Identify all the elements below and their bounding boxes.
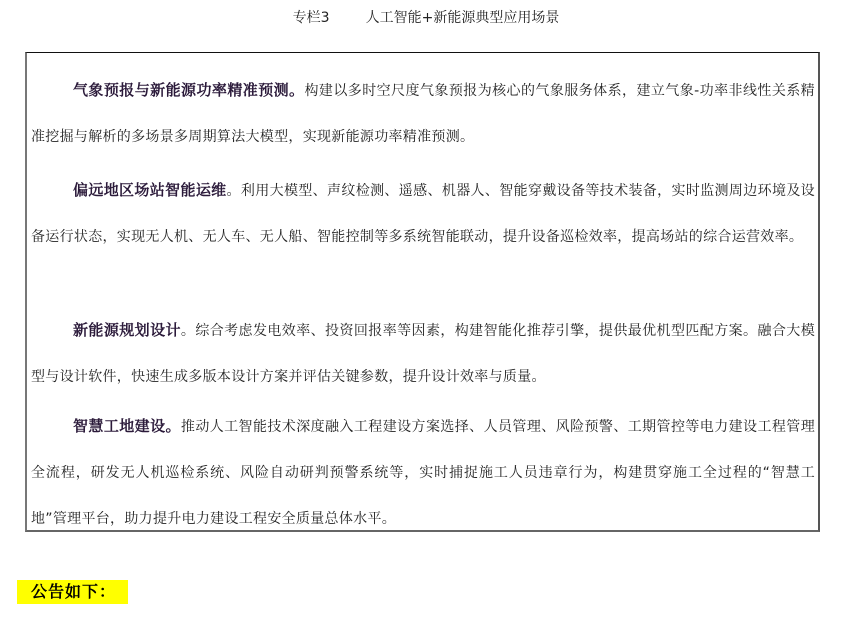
column-label: 专栏3 (293, 10, 330, 26)
column-box: 气象预报与新能源功率精准预测。构建以多时空尺度气象预报为核心的气象服务体系，建立… (25, 52, 820, 532)
section-heading: 智慧工地建设。 (73, 417, 181, 435)
section-planning-design: 新能源规划设计。综合考虑发电效率、投资回报率等因素，构建智能化推荐引擎，提供最优… (31, 307, 815, 400)
section-body: 推动人工智能技术深度融入工程建设方案选择、人员管理、风险预警、工期管控等电力建设… (31, 419, 815, 527)
section-heading: 新能源规划设计 (73, 321, 181, 339)
section-remote-station-maintenance: 偏远地区场站智能运维。利用大模型、声纹检测、遥感、机器人、智能穿戴设备等技术装备… (31, 167, 815, 260)
column-title: 专栏3人工智能+新能源典型应用场景 (0, 8, 852, 28)
section-heading: 气象预报与新能源功率精准预测。 (73, 81, 305, 99)
column-heading: 人工智能+新能源典型应用场景 (366, 10, 560, 26)
section-heading: 偏远地区场站智能运维 (73, 181, 227, 199)
section-weather-forecast: 气象预报与新能源功率精准预测。构建以多时空尺度气象预报为核心的气象服务体系，建立… (31, 67, 815, 160)
notice-label: 公告如下： (17, 580, 128, 604)
section-smart-construction-site: 智慧工地建设。推动人工智能技术深度融入工程建设方案选择、人员管理、风险预警、工期… (31, 403, 815, 542)
